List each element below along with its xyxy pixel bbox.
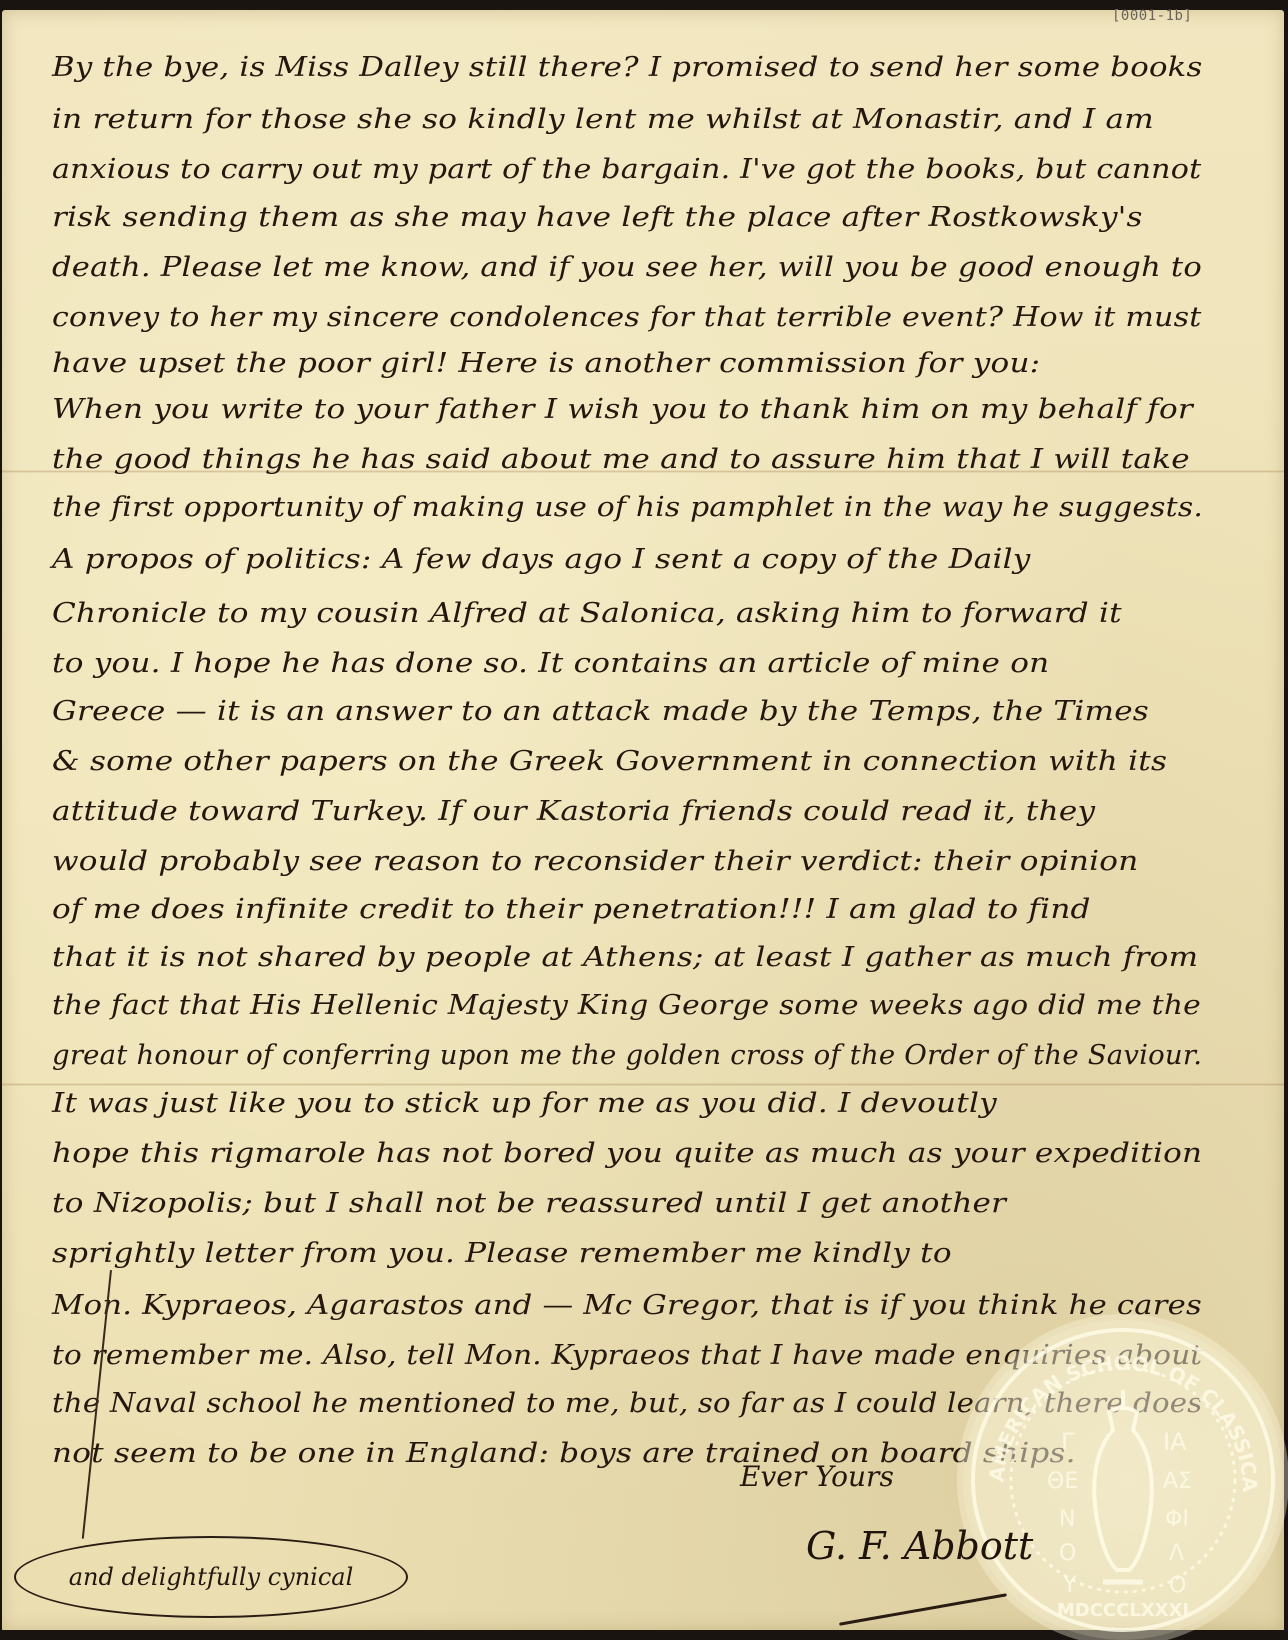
letter-line: sprightly letter from you. Please rememb… [52, 1238, 952, 1269]
seal-emblem-icon: AMERICAN SCHOOL OF CLASSICAL STUDIES AT … [963, 1320, 1283, 1639]
letter-line: the good things he has said about me and… [52, 444, 1190, 475]
letter-line: Chronicle to my cousin Alfred at Salonic… [52, 598, 1122, 629]
letter-line: would probably see reason to reconsider … [52, 846, 1138, 877]
embossed-seal: AMERICAN SCHOOL OF CLASSICAL STUDIES AT … [963, 1320, 1283, 1639]
letter-line: & some other papers on the Greek Governm… [52, 746, 1167, 777]
letter-line: the fact that His Hellenic Majesty King … [52, 990, 1201, 1021]
svg-text:ΑΣ: ΑΣ [1163, 1469, 1192, 1494]
svg-text:ΘΕ: ΘΕ [1047, 1469, 1078, 1494]
signature: G. F. Abbott [806, 1524, 1033, 1568]
letter-line: to Nizopolis; but I shall not be reassur… [52, 1188, 1006, 1219]
letter-line: not seem to be one in England: boys are … [52, 1438, 1076, 1469]
letter-line: Greece — it is an answer to an attack ma… [52, 696, 1149, 727]
svg-text:MDCCCLXXXI: MDCCCLXXXI [1057, 1600, 1189, 1621]
letter-line: in return for those she so kindly lent m… [52, 104, 1154, 135]
letter-line: death. Please let me know, and if you se… [52, 252, 1202, 283]
letter-line: attitude toward Turkey. If our Kastoria … [52, 796, 1095, 827]
svg-text:Υ: Υ [1062, 1573, 1077, 1598]
svg-text:Λ: Λ [1169, 1541, 1184, 1566]
letter-line: risk sending them as she may have left t… [52, 202, 1143, 233]
letter-line: It was just like you to stick up for me … [52, 1088, 997, 1119]
letter-line: great honour of conferring upon me the g… [52, 1040, 1202, 1071]
archive-reference: [0001-1b] [1112, 8, 1192, 24]
letter-line: of me does infinite credit to their pene… [52, 894, 1091, 925]
letter-line: to you. I hope he has done so. It contai… [52, 648, 1049, 679]
letter-line: When you write to your father I wish you… [52, 394, 1193, 425]
letter-line: that it is not shared by people at Athen… [52, 942, 1198, 973]
letter-line: have upset the poor girl! Here is anothe… [52, 348, 1040, 379]
marginal-note: and delightfully cynical [14, 1536, 408, 1618]
letter-line: hope this rigmarole has not bored you qu… [52, 1138, 1202, 1169]
letter-line: the first opportunity of making use of h… [52, 492, 1203, 523]
svg-text:ΦΙ: ΦΙ [1165, 1507, 1189, 1532]
svg-text:Ν: Ν [1059, 1507, 1075, 1532]
letter-line: By the bye, is Miss Dalley still there? … [52, 52, 1203, 83]
letter-closing: Ever Yours [740, 1460, 894, 1493]
marginal-note-text: and delightfully cynical [69, 1563, 354, 1591]
svg-text:Ο: Ο [1169, 1573, 1186, 1598]
letter-line: A propos of politics: A few days ago I s… [52, 544, 1031, 575]
svg-text:Ο: Ο [1059, 1541, 1076, 1566]
letter-line: anxious to carry out my part of the barg… [52, 154, 1201, 185]
fold-line [2, 1083, 1284, 1086]
svg-text:Γ: Γ [1061, 1428, 1075, 1456]
letter-line: Mon. Kypraeos, Agarastos and — Mc Gregor… [52, 1290, 1202, 1321]
letter-line: convey to her my sincere condolences for… [52, 302, 1202, 333]
svg-text:ΙΑ: ΙΑ [1163, 1428, 1187, 1456]
svg-text:AMERICAN SCHOOL OF CLASSICAL S: AMERICAN SCHOOL OF CLASSICAL STUDIES AT … [963, 1320, 1262, 1493]
